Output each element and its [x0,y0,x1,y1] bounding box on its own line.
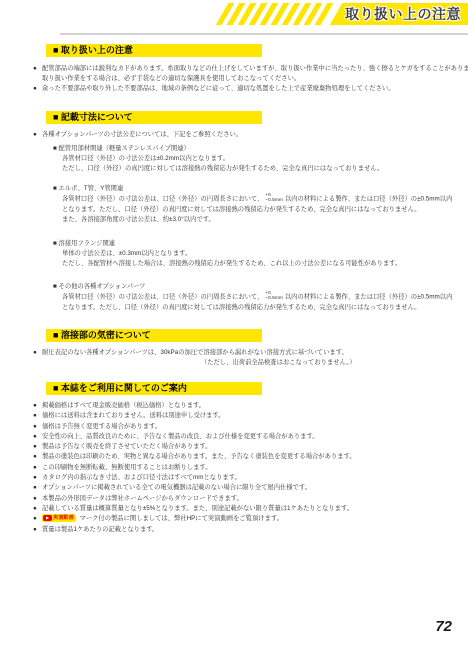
tolerance-line-post: 以内の材料による製作、または口径（外径）の±0.5mm以内 [285,196,453,203]
subsection-title: ■ エルボ、T管、Y管関連 [53,184,465,194]
tolerance-lower: −0.5mm [265,198,282,203]
demo-video-badge-label: 実演動画 [53,514,74,522]
bullet-icon: ● [33,130,37,140]
list-item-text: マーク付の製品に関しましては、弊社HPにて実演動画をご覧頂けます。 [80,515,283,522]
bullet-icon: ● [33,494,37,504]
subsection-line: 各管材口径（外径）の寸法公差は、口径（外径）の円周長さにおいて、+0−0.5mm… [62,194,465,205]
catalog-page: 取り扱い上の注意 ■ 取り扱い上の注意 ● 配管部品の端部には鋭利なカドがありま… [0,0,468,657]
list-item-text: この印刷物を無断転載、無断使用することはお断りします。 [42,464,212,471]
subsection-line: また、各溶接部角度の寸法公差は、約±3.0°以内です。 [62,215,465,225]
subsection-line: ただし、口径（外径）の真円度に対しては溶接熱の残留応力が発生するため、完全な真円… [62,164,465,174]
list-item: ●カタログ内の指示なき寸法、および口径寸法はすべてmmとなります。 [33,473,465,483]
section-heading-airtight: ■ 溶接部の気密について [46,329,262,342]
list-item: ●質量は製品1ケあたりの記載となります。 [33,525,465,535]
tolerance-line-pre: 各管材口径（外径）の寸法公差は、口径（外径）の円周長さにおいて、 [62,196,263,203]
handling-section-body: ● 配管部品の端部には鋭利なカドがあります。糸面取りなどの仕上げをしていますが、… [33,64,465,94]
dimensions-flange-block: ■ 溶接用フランジ関連 単体の寸法公差は、±0.3mm以内となります。 ただし、… [33,239,465,269]
list-item-text: 質量は製品1ケあたりの記載となります。 [42,526,158,533]
list-item: ● 余った不要部品や取り外した不要部品は、地域の条例などに従って、適切な処置をし… [33,84,465,94]
bullet-icon: ● [33,411,37,421]
bullet-icon: ● [33,473,37,483]
bullet-icon: ● [33,84,37,94]
dimensions-elbow-block: ■ エルボ、T管、Y管関連 各管材口径（外径）の寸法公差は、口径（外径）の円周長… [33,184,465,225]
airtight-section-body: ● 耐圧表記のない各種オプションパーツは、30kPaの加圧で溶接部から漏れがない… [33,348,465,368]
section-heading-dimensions: ■ 記載寸法について [46,111,262,124]
bullet-icon: ● [33,348,37,358]
list-item-text: オプションパーツに掲載されている全ての電気機器は記載のない場合に限り全て屋内仕様… [42,484,311,491]
list-item: ●価格は予告無く変更する場合があります。 [33,422,465,432]
bullet-icon: ● [33,401,37,411]
list-item: ● 各種オプションパーツの寸法公差については、下記をご参照ください。 [33,130,465,140]
list-item: ●製品の塗装色は印刷のため、実物と異なる場合があります。また、予告なく塗装色を変… [33,452,465,462]
list-item: ●掲載価格はすべて現金販売価格（税込価格）となります。 [33,401,465,411]
dimensions-intro: ● 各種オプションパーツの寸法公差については、下記をご参照ください。 [33,130,465,140]
bullet-icon: ● [33,422,37,432]
list-item: ●オプションパーツに掲載されている全ての電気機器は記載のない場合に限り全て屋内仕… [33,483,465,493]
subsection-title: ■ 配管用部材関連（軽量ステンレスパイプ関連） [53,144,465,154]
subsection-line: 各管材口径（外径）の寸法公差は±0.2mm以内となります。 [62,154,465,164]
tolerance-line-post: 以内の材料による製作、または口径（外径）の±0.5mm以内 [285,294,453,301]
bullet-icon: ● [33,64,37,74]
list-item-text: 価格は予告無く変更する場合があります。 [42,423,161,430]
stacked-tolerance-value: +0−0.5mm [265,193,282,203]
list-item-text: 記載している質量は概算質量となり±5%となります。また、別途記載がない限り質量は… [42,505,353,512]
subsection-title: ■ その他の各種オプションパーツ [53,282,465,292]
list-item-text: 余った不要部品や取り外した不要部品は、地域の条例などに従って、適切な処置をした上… [42,85,395,92]
subsection-title: ■ 溶接用フランジ関連 [53,239,465,249]
tolerance-line-pre: 各管材口径（外径）の寸法公差は、口径（外径）の円周長さにおいて、 [62,294,263,301]
subsection-line: となります。ただし、口径（外径）の真円度に対しては溶接熱の残留応力が発生するため… [62,205,465,215]
list-item-video: ● ▶実演動画 マーク付の製品に関しましては、弊社HPにて実演動画をご覧頂けます… [33,514,465,524]
list-item-text: 安全性の向上、品質改良のために、予告なく製品の改良、および仕様を変更する場合があ… [42,433,319,440]
list-item-text: 製品の塗装色は印刷のため、実物と異なる場合があります。また、予告なく塗装色を変更… [42,453,356,460]
page-banner-title: 取り扱い上の注意 [345,4,468,24]
list-item-text: 本製品の外形図データは弊社ホームページからダウンロードできます。 [42,495,243,502]
dimensions-other-block: ■ その他の各種オプションパーツ 各管材口径（外径）の寸法公差は、口径（外径）の… [33,282,465,313]
demo-video-badge: ▶実演動画 [42,514,76,522]
list-item-text: カタログ内の指示なき寸法、および口径寸法はすべてmmとなります。 [42,474,241,481]
bullet-icon: ● [33,442,37,452]
list-item-text: 耐圧表記のない各種オプションパーツは、30kPaの加圧で溶接部から漏れがない溶接… [42,349,348,356]
bullet-icon: ● [33,432,37,442]
list-item: ●製品は予告なく販売を終了させていただく場合があります。 [33,442,465,452]
dimensions-pipe-block: ■ 配管用部材関連（軽量ステンレスパイプ関連） 各管材口径（外径）の寸法公差は±… [33,144,465,174]
tolerance-lower: −0.5mm [265,296,282,301]
list-item: ●本製品の外形図データは弊社ホームページからダウンロードできます。 [33,494,465,504]
header-divider-rule [60,33,468,35]
list-item: ●この印刷物を無断転載、無断使用することはお断りします。 [33,463,465,473]
list-item-text: 各種オプションパーツの寸法公差については、下記をご参照ください。 [42,131,242,138]
bullet-icon: ● [33,452,37,462]
airtight-note: （ただし、出荷前全品検査はおこなっておりません。） [33,358,465,368]
list-item: ● 配管部品の端部には鋭利なカドがあります。糸面取りなどの仕上げをしていますが、… [33,64,465,74]
subsection-line: ただし、各配管材へ溶接した場合は、溶接熱の残留応力が発生するため、これ以上の寸法… [62,259,465,269]
list-item-text: 取り扱い作業をする場合は、必ず手袋などの適切な保護具を使用しておこなってください… [42,75,300,82]
list-item: ● 耐圧表記のない各種オプションパーツは、30kPaの加圧で溶接部から漏れがない… [33,348,465,358]
page-number: 72 [435,618,452,635]
bullet-icon: ● [33,483,37,493]
subsection-line: 各管材口径（外径）の寸法公差は、口径（外径）の円周長さにおいて、+0−0.5mm… [62,292,465,303]
list-item: ●記載している質量は概算質量となり±5%となります。また、別途記載がない限り質量… [33,504,465,514]
list-item-text: 掲載価格はすべて現金販売価格（税込価格）となります。 [42,402,205,409]
section-heading-handling: ■ 取り扱い上の注意 [46,44,262,57]
bullet-icon: ● [33,504,37,514]
diagonal-stripes-decoration [216,3,339,25]
list-item-continuation: 取り扱い作業をする場合は、必ず手袋などの適切な保護具を使用しておこなってください… [33,74,465,84]
list-item-text: 製品は予告なく販売を終了させていただく場合があります。 [42,443,212,450]
subsection-line: 単体の寸法公差は、±0.3mm以内となります。 [62,249,465,259]
page-header-banner: 取り扱い上の注意 [0,3,468,25]
subsection-line: となります。ただし、口径（外径）の真円度に対しては溶接熱の残留応力が発生するため… [62,303,465,313]
section-heading-guide: ■ 本誌をご利用に関してのご案内 [46,382,262,395]
bullet-icon: ● [33,525,37,535]
stacked-tolerance-value: +0−0.5mm [265,291,282,301]
list-item: ●安全性の向上、品質改良のために、予告なく製品の改良、および仕様を変更する場合が… [33,432,465,442]
guide-section-body: ●掲載価格はすべて現金販売価格（税込価格）となります。 ●価格には送料は含まれて… [33,401,465,535]
bullet-icon: ● [33,514,37,524]
bullet-icon: ● [33,463,37,473]
list-item-text: 配管部品の端部には鋭利なカドがあります。糸面取りなどの仕上げをしていますが、取り… [42,65,468,72]
list-item: ●価格には送料は含まれておりません。送料は別途申し受けます。 [33,411,465,421]
play-icon: ▶ [43,515,52,521]
list-item-text: 価格には送料は含まれておりません。送料は別途申し受けます。 [42,412,224,419]
